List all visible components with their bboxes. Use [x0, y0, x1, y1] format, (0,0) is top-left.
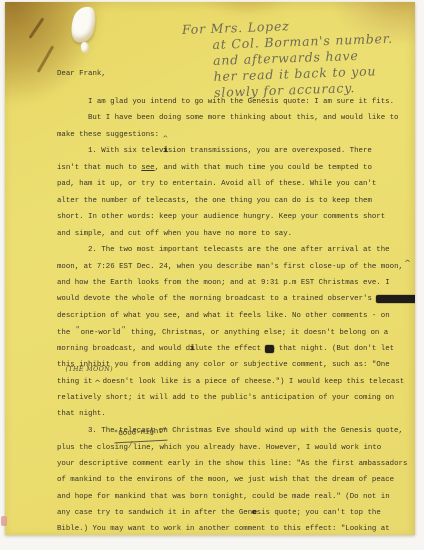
annotation-u: see [141, 164, 154, 172]
letter-line: pad, ham it up, or try to entertain. Avo… [57, 176, 415, 192]
letter-body: I am glad you intend to go with the Gene… [57, 94, 415, 535]
typed-text: any case try to sandwich it in after the… [57, 509, 252, 517]
typed-text: , and with that much time you could be t… [155, 164, 372, 172]
letter-line: 1. With six telev^ision transmissions, y… [57, 143, 415, 159]
letter-line: relatively short; it will add to the pub… [57, 390, 415, 406]
typed-text: make these suggestions: [57, 131, 159, 139]
letter-line: and how the Earth looks from the moon; a… [57, 275, 415, 291]
letter-line: would devote the whole of the morning br… [57, 291, 415, 307]
typed-text: pad, ham it up, or try to entertain. Avo… [57, 180, 376, 188]
typed-text: 2. The two most important telecasts are … [88, 246, 390, 254]
typed-text: of mankind to the environs of the moon, … [57, 476, 394, 484]
letter-line: 2. The two most important telecasts are … [57, 242, 415, 258]
annotation-hb: ^ [94, 379, 101, 389]
letter-line: But I have been doing some more thinking… [57, 110, 415, 126]
typed-text: sis quote; you can't top the [257, 509, 381, 517]
annotation-h: / [129, 440, 132, 450]
pink-edge-mark [1, 516, 7, 526]
typed-text: plus the closing [57, 444, 128, 452]
letter-line: any case try to sandwich it in after the… [57, 505, 415, 521]
letter-line: make these suggestions: [57, 127, 415, 143]
typed-text: relatively short; it will add to the pub… [57, 394, 394, 402]
typed-text: lute the effect [195, 345, 266, 353]
letter-line: your descriptive comment early in the sh… [57, 456, 415, 472]
typed-text: thing it [57, 378, 92, 386]
typed-text: But I have been doing some more thinking… [88, 114, 398, 122]
typed-text: that night. (But don't let [274, 345, 394, 353]
typed-text: one-world [81, 329, 121, 337]
letter-line: that night. [57, 406, 415, 422]
letter-line: the "one-world" thing, Christmas, or any… [57, 324, 415, 340]
annotation-h: ^ [404, 259, 411, 269]
letter-line: short. In other words: keep your audienc… [57, 209, 415, 225]
letter-line: alter the number of telecasts, the one t… [57, 193, 415, 209]
letter-line: description of what you see, and what it… [57, 308, 415, 324]
letter-page: For Mrs. Lopez at Col. Borman's number. … [5, 2, 415, 535]
typed-text: sion transmissions, you are overexposed.… [168, 147, 372, 155]
letter-line: moon, at 7:26 EST Dec. 24, when you desc… [57, 258, 415, 274]
letter-line: plus the closing"Good-night"/line, which… [57, 439, 415, 455]
typed-text: thing, Christmas, or anything else; it d… [127, 329, 389, 337]
letter-line: 3. The telecast on Christmas Eve should … [57, 423, 415, 439]
typed-text: line, which you already have. However, I… [133, 444, 381, 452]
letter-line: and simple, and cut off when you have no… [57, 226, 415, 242]
letter-line: isn't that much to see, and with that mu… [57, 160, 415, 176]
letter-line: Bible.) You may want to work in another … [57, 521, 415, 535]
handwritten-note: For Mrs. Lopez at Col. Borman's number. … [182, 14, 415, 102]
salutation: Dear Frank, [57, 70, 106, 78]
typed-text: Bible.) You may want to work in another … [57, 525, 390, 533]
typed-text: would devote the whole of the morning br… [57, 295, 376, 303]
typed-text: description of what you see, and what it… [57, 312, 390, 320]
typed-text: that night. [57, 410, 106, 418]
typed-text: short. In other words: keep your audienc… [57, 213, 385, 221]
typed-text: morning broadcast, and would d [57, 345, 190, 353]
letter-line: of mankind to the environs of the moon, … [57, 472, 415, 488]
typed-text: moon, at 7:26 EST Dec. 24, when you desc… [57, 263, 403, 271]
typed-text: doesn't look like is a piece of cheese."… [103, 378, 405, 386]
typed-text: isn't that much to [57, 164, 141, 172]
stain-top-center [205, 2, 290, 16]
annotation-b: xxxxxxxxxxxxx [376, 295, 415, 303]
annotation-b: on [265, 345, 274, 353]
letter-line: thing it(THE MOON)^doesn't look like is … [57, 373, 415, 389]
letter-line: morning broadcast, and would dilute the … [57, 341, 415, 357]
typed-text: and hope for mankind that was born tonig… [57, 493, 390, 501]
annotation-h: " [76, 325, 80, 335]
typed-text: alter the number of telecasts, the one t… [57, 197, 372, 205]
typed-text: and simple, and cut off when you have no… [57, 230, 292, 238]
letter-line: and hope for mankind that was born tonig… [57, 489, 415, 505]
typed-text: the [57, 329, 75, 337]
typed-text: and how the Earth looks from the moon; a… [57, 279, 390, 287]
typed-text: 1. With six telev [88, 147, 163, 155]
annotation-h: " [122, 325, 126, 335]
typed-text: your descriptive comment early in the sh… [57, 460, 407, 468]
